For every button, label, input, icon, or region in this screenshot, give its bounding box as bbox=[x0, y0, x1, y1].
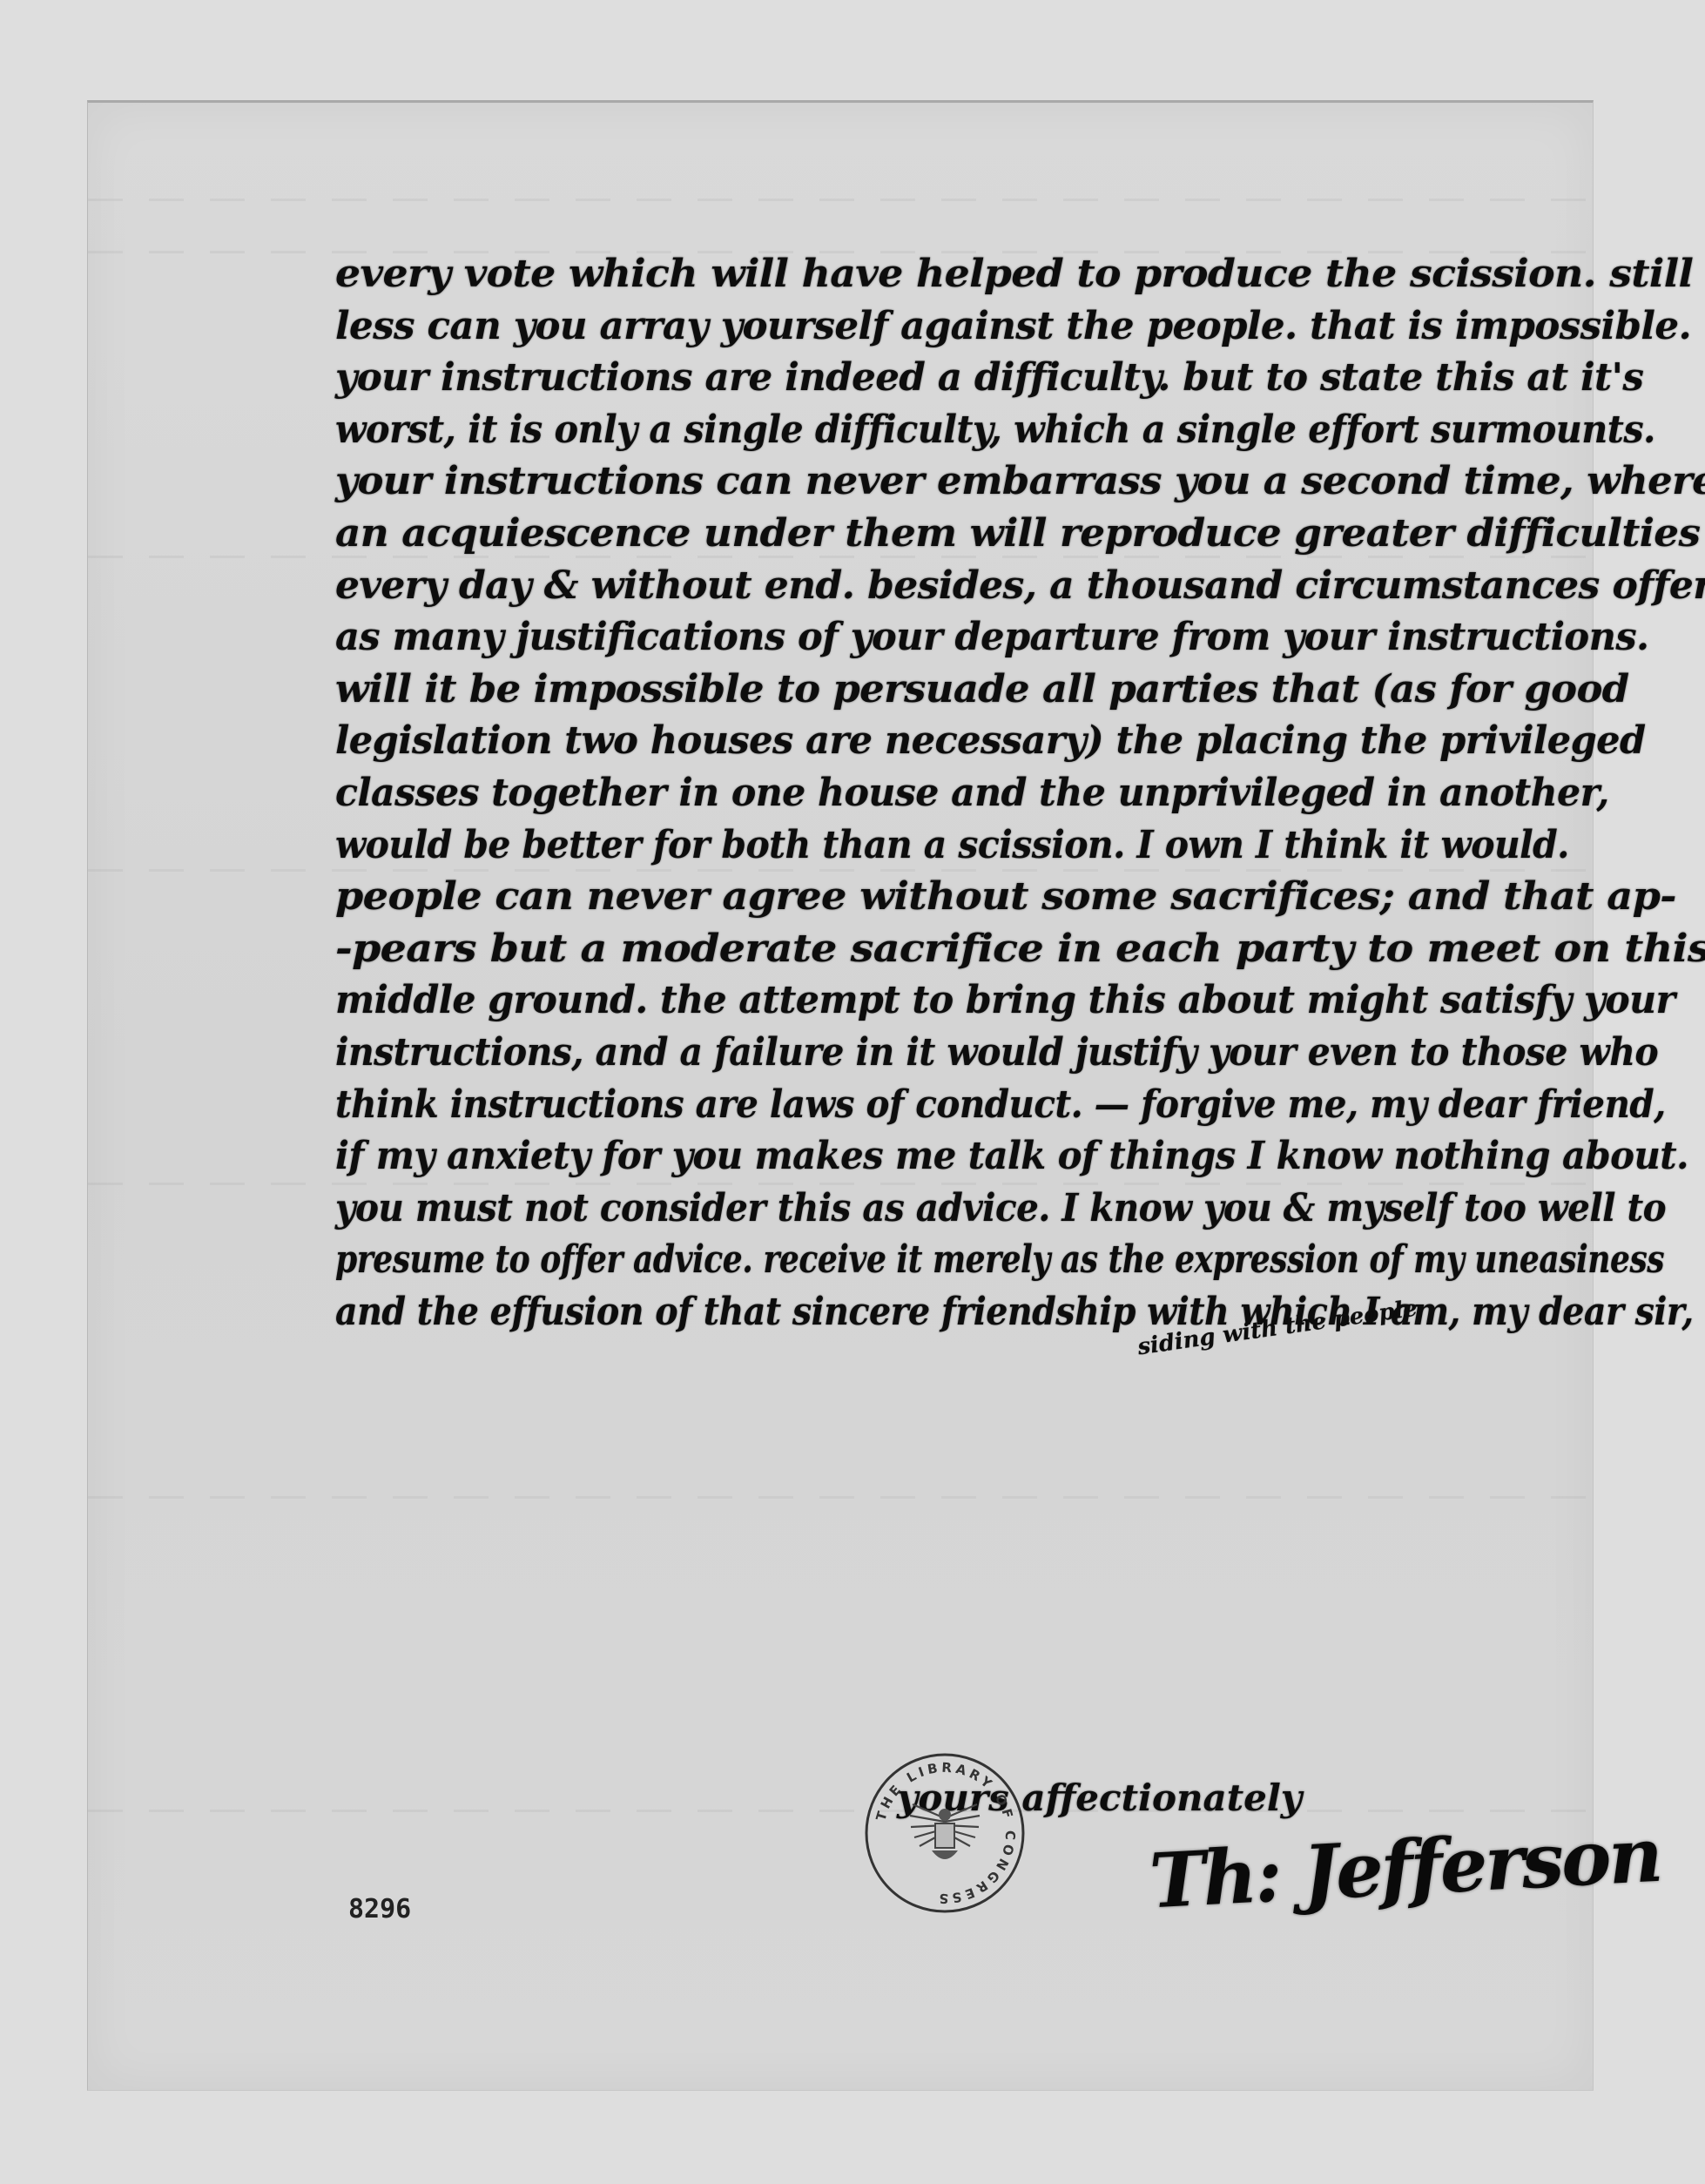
letter-line: worst, it is only a single difficulty, w… bbox=[335, 404, 1498, 456]
letter-line: your instructions can never embarrass yo… bbox=[335, 455, 1596, 508]
letter-line: people can never agree without some sacr… bbox=[335, 871, 1634, 923]
letter-line: would be better for both than a scission… bbox=[335, 819, 1486, 872]
bleed-through-texture bbox=[88, 199, 1593, 201]
letter-line: classes together in one house and the un… bbox=[335, 767, 1534, 819]
letter-line: instructions, and a failure in it would … bbox=[335, 1027, 1486, 1079]
letter-line: presume to offer advice. receive it mere… bbox=[335, 1234, 1349, 1286]
letter-body: every vote which will have helped to pro… bbox=[335, 248, 1572, 1338]
letter-line: an acquiescence under them will reproduc… bbox=[335, 508, 1609, 560]
letter-line: -pears but a moderate sacrifice in each … bbox=[335, 923, 1671, 975]
letter-line: you must not consider this as advice. I … bbox=[335, 1183, 1472, 1235]
letter-line: every vote which will have helped to pro… bbox=[335, 248, 1621, 300]
eagle-seal-icon: THE LIBRARY OF CONGRESS bbox=[862, 1750, 1028, 1916]
letter-line: if my anxiety for you makes me talk of t… bbox=[335, 1130, 1510, 1183]
letter-line: legislation two houses are necessary) th… bbox=[335, 715, 1547, 767]
letter-line: as many justifications of your departure… bbox=[335, 611, 1547, 664]
bleed-through-texture bbox=[88, 1496, 1593, 1499]
folio-number: 8296 bbox=[348, 1894, 411, 1924]
letter-line: think instructions are laws of conduct. … bbox=[335, 1079, 1472, 1131]
letter-line: every day & without end. besides, a thou… bbox=[335, 560, 1572, 612]
letter-line: middle ground. the attempt to bring this… bbox=[335, 974, 1534, 1027]
letter-line: will it be impossible to persuade all pa… bbox=[335, 664, 1596, 716]
letter-line: your instructions are indeed a difficult… bbox=[335, 352, 1560, 404]
library-of-congress-stamp: THE LIBRARY OF CONGRESS bbox=[862, 1750, 1028, 1916]
letter-line: less can you array yourself against the … bbox=[335, 300, 1560, 353]
bleed-through-texture bbox=[88, 1810, 1593, 1812]
